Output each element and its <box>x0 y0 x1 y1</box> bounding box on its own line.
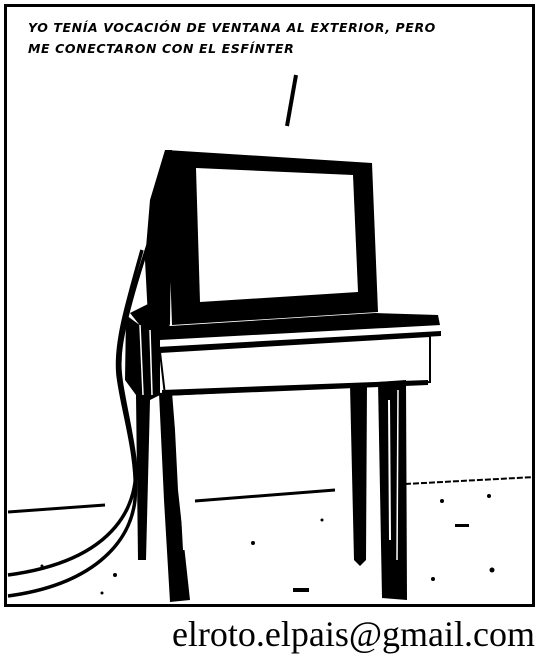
speech-tail-line <box>287 75 296 126</box>
tv-screen <box>196 168 358 302</box>
table <box>125 303 441 602</box>
tv-cables <box>8 245 148 596</box>
author-email-signature: elroto.elpais@gmail.com <box>172 610 535 658</box>
floor-specks <box>41 494 495 595</box>
cartoon-illustration <box>0 0 545 610</box>
floor-line <box>8 477 535 512</box>
